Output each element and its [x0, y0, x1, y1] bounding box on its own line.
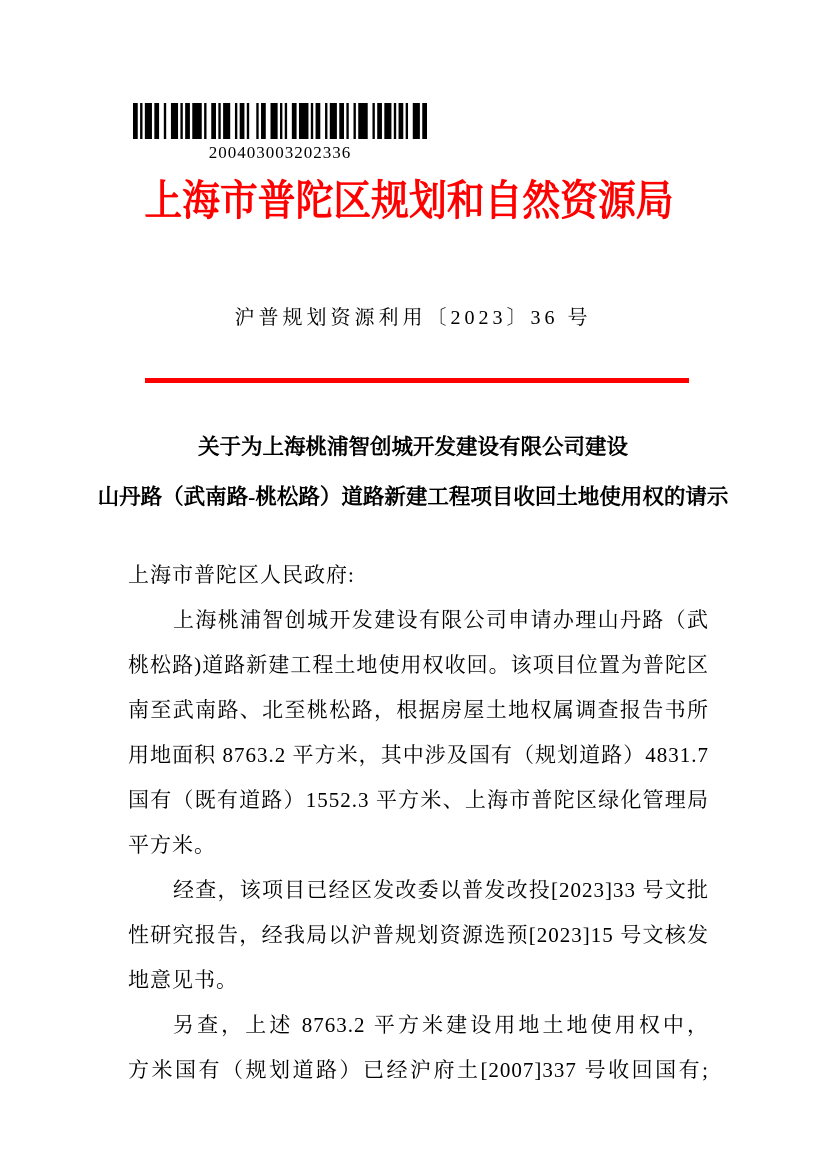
red-divider-line	[145, 378, 689, 383]
title-line-2: 山丹路（武南路-桃松路）道路新建工程项目收回土地使用权的请示	[40, 472, 786, 522]
body-line: 上海桃浦智创城开发建设有限公司申请办理山丹路（武南路-	[128, 598, 709, 643]
body-line: 另查，上述 8763.2 平方米建设用地土地使用权中，1882.7 平	[128, 1003, 709, 1048]
body-line: 地意见书。	[128, 958, 709, 1003]
body-line: 南至武南路、北至桃松路，根据房屋土地权属调查报告书所载，建设	[128, 688, 709, 733]
body-line: 国有（既有道路）1552.3 平方米、上海市普陀区绿化管理局 2379.2	[128, 778, 709, 823]
agency-title: 上海市普陀区规划和自然资源局	[41, 168, 777, 228]
document-page: 200403003202336 上海市普陀区规划和自然资源局 沪普规划资源利用〔…	[0, 0, 826, 1169]
document-number: 沪普规划资源利用〔2023〕36 号	[0, 301, 826, 330]
document-body: 上海市普陀区人民政府: 上海桃浦智创城开发建设有限公司申请办理山丹路（武南路- …	[128, 553, 709, 1093]
barcode-number: 200403003202336	[133, 143, 427, 163]
title-line-1: 关于为上海桃浦智创城开发建设有限公司建设	[40, 422, 786, 472]
salutation: 上海市普陀区人民政府:	[128, 553, 709, 598]
body-line: 平方米。	[128, 823, 709, 868]
body-line: 经查，该项目已经区发改委以普发改投[2023]33 号文批复可行	[128, 868, 709, 913]
barcode-image	[133, 103, 427, 139]
body-line: 性研究报告，经我局以沪普规划资源选预[2023]15 号文核发规划土	[128, 913, 709, 958]
barcode: 200403003202336	[133, 103, 427, 163]
body-line: 用地面积 8763.2 平方米，其中涉及国有（规划道路）4831.7 平方米、	[128, 733, 709, 778]
body-line: 方米国有（规划道路）已经沪府土[2007]337 号收回国有; 1499.9 平	[128, 1048, 709, 1093]
document-title: 关于为上海桃浦智创城开发建设有限公司建设 山丹路（武南路-桃松路）道路新建工程项…	[40, 422, 786, 522]
body-line: 桃松路)道路新建工程土地使用权收回。该项目位置为普陀区桃浦镇，	[128, 643, 709, 688]
